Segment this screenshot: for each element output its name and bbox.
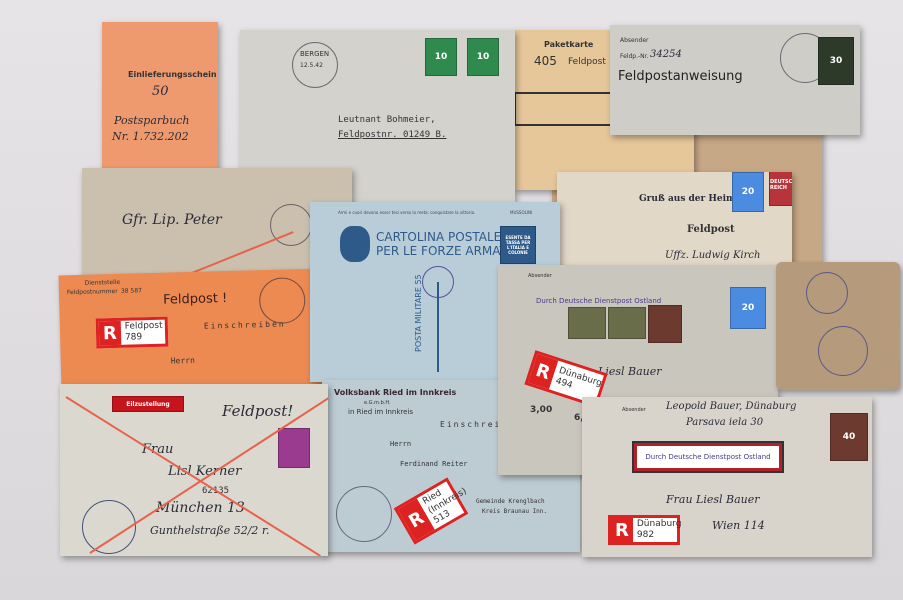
- registered-text: Einschreiben: [204, 320, 286, 331]
- card-header: Gruß aus der Heimat: [639, 194, 746, 204]
- r-place: Feldpost: [125, 321, 163, 332]
- stamp-value: 30: [830, 56, 843, 66]
- registration-label: R Feldpost789: [96, 317, 169, 349]
- route-label: Durch Deutsche Dienstpost Ostland: [645, 453, 770, 461]
- orange-feldpost-envelope: Dienststelle Feldpostnummer 38 587 Feldp…: [59, 269, 324, 394]
- express-text: Eilzustellung: [126, 401, 169, 408]
- sender-label: Absender: [528, 273, 552, 279]
- registration-r: R: [611, 518, 633, 542]
- r-number: 789: [125, 332, 142, 342]
- sender-line2: e.G.m.b.H.: [364, 400, 391, 406]
- feldpost-number: 38 587: [121, 287, 142, 295]
- registration-info: Dünaburg982: [633, 519, 686, 541]
- card-title-line2: PER LE FORZE ARMATE: [376, 244, 514, 258]
- receipt-handwriting: Postsparbuch: [114, 114, 190, 127]
- sender-address: Parsava iela 30: [686, 417, 763, 428]
- receipt-title: Einlieferungsschein: [128, 70, 217, 79]
- express-label: Eilzustellung: [112, 396, 184, 412]
- fee-1: 3,00: [530, 405, 552, 415]
- paketkarte-number: 405: [534, 54, 557, 68]
- feldpostanweisung: Absender Feldp.-Nr. 34254 Feldpostanweis…: [610, 25, 860, 135]
- card-motto-author: MUSSOLINI: [510, 210, 532, 215]
- dunaburg-parcel-card: Absender Leopold Bauer, Dünaburg Parsava…: [582, 397, 872, 557]
- recipient-name: Ferdinand Reiter: [400, 460, 467, 468]
- gruss-feldpost-card: Gruß aus der Heimat Feldpost Uffz. Ludwi…: [557, 172, 792, 272]
- stamp-text: DEUTSCHES REICH: [770, 179, 792, 191]
- city: Wien 114: [712, 519, 765, 532]
- receipt-reference: Nr. 1.732.202: [112, 130, 189, 143]
- card-recipient: Uffz. Ludwig Kirch: [665, 250, 760, 261]
- feldpost-label: Feldpostnummer: [67, 288, 118, 296]
- sender-line1: Volksbank Ried im Innkreis: [334, 388, 456, 397]
- stamp-blue: 20: [732, 172, 764, 212]
- street: Gunthelstraße 52/2 r.: [150, 524, 269, 537]
- express-envelope: Eilzustellung Feldpost! Frau Lisl Kerner…: [60, 384, 328, 556]
- eagle-postmark-1: [806, 272, 848, 314]
- receipt-number: 50: [152, 84, 169, 99]
- stamp-norway-1: 10: [425, 38, 457, 76]
- sender-label: Dienststelle: [85, 279, 121, 287]
- paketkarte-label: Feldpost: [568, 57, 606, 67]
- stamp-value: 20: [742, 303, 755, 313]
- recipient-line2: Feldpostnr. 01249 B.: [338, 130, 446, 140]
- sender-label: Absender: [620, 37, 649, 44]
- savoy-crest-icon: [340, 226, 370, 262]
- recipient-label: Herrn: [171, 356, 195, 366]
- recipient-district: Kreis Braunau Inn.: [482, 508, 547, 515]
- stamp-text: ESENTE DA TASSA PER L'ITALIA E COLONIE: [501, 235, 535, 255]
- feldpost-label: Feldp.-Nr.: [620, 53, 648, 60]
- paketkarte-title: Paketkarte: [544, 40, 593, 49]
- registration-label: R Ried (Innkreis)513: [394, 477, 469, 544]
- stamp-hindenburg-green-1: [568, 307, 606, 339]
- card-title-line1: CARTOLINA POSTALE: [376, 230, 501, 244]
- registration-r: R: [99, 321, 121, 346]
- card-motto: Armi e cuori devono esser tesi verso la …: [338, 210, 475, 215]
- stamp-portrait-brown: 40: [830, 413, 868, 461]
- feldpost-title: Feldpost !: [163, 291, 227, 308]
- recipient-town: Gemeinde Krenglbach: [476, 498, 545, 505]
- receipt-einlieferungsschein: Einlieferungsschein 50 Postsparbuch Nr. …: [102, 22, 218, 170]
- stamp-value: 10: [435, 52, 448, 62]
- feldpost-postmark: [259, 277, 306, 324]
- r-number: 982: [637, 530, 654, 540]
- eagle-postmark: [336, 486, 392, 542]
- sender-handwriting: Leopold Bauer, Dünaburg: [666, 401, 796, 412]
- handwriting: Gfr. Lip. Peter: [122, 212, 222, 228]
- stamp-value: 40: [843, 432, 856, 442]
- route-box: Durch Deutsche Dienstpost Ostland: [634, 443, 782, 471]
- registration-info: Feldpost789: [121, 321, 167, 344]
- stamp-blue: 20: [730, 287, 766, 329]
- postmark-date: 12.5.42: [300, 62, 323, 69]
- recipient: Frau Liesl Bauer: [666, 493, 760, 506]
- stamp-violet: [278, 428, 310, 468]
- r-place: Dünaburg: [637, 519, 682, 529]
- stamp-portrait-dark: 30: [818, 37, 854, 85]
- postmark-city: BERGEN: [300, 50, 329, 58]
- recipient-label: Herrn: [390, 440, 411, 448]
- stamp-hindenburg-green-2: [608, 307, 646, 339]
- feldpost-number: 34254: [650, 49, 682, 60]
- tied-linen-pouch: [776, 262, 900, 390]
- sender-line3: in Ried im Innkreis: [348, 408, 413, 416]
- stamp-value: 20: [742, 187, 755, 197]
- route-label: Durch Deutsche Dienstpost Ostland: [536, 297, 661, 305]
- recipient-line1: Leutnant Bohmeier,: [338, 115, 436, 125]
- stamp-eagle: DEUTSCHES REICH: [769, 172, 792, 206]
- franchise-stamp: ESENTE DA TASSA PER L'ITALIA E COLONIE: [500, 226, 536, 264]
- registration-label: R Dünaburg982: [608, 515, 680, 545]
- card-title: Feldpost: [687, 224, 735, 235]
- card-divider: [437, 282, 439, 372]
- sender-label: Absender: [622, 407, 646, 413]
- feldpostanweisung-title: Feldpostanweisung: [618, 69, 743, 84]
- stamp-hindenburg-brown: [648, 305, 682, 343]
- handwriting-top: Feldpost!: [222, 402, 293, 420]
- stamp-value: 10: [477, 52, 490, 62]
- eagle-postmark-2: [818, 326, 868, 376]
- stamp-norway-2: 10: [467, 38, 499, 76]
